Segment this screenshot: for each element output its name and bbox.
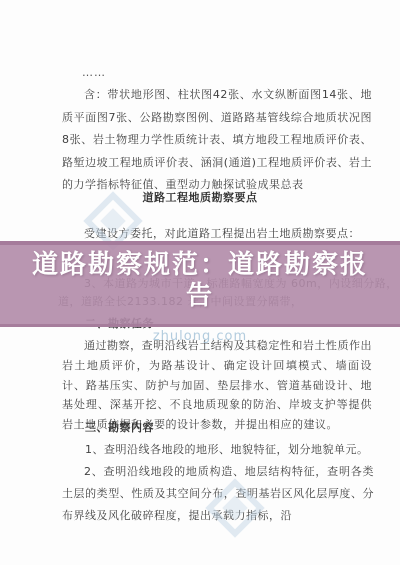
content-heading: 三、勘察内容 — [85, 417, 154, 440]
survey-item-1: 1、查明沿线各地段的地形、地貌特征，划分地貌单元。 — [85, 439, 385, 462]
overlay-title: 道路勘察规范：道路勘察报告 — [0, 250, 400, 312]
title-overlay-banner: 道路勘察规范：道路勘察报告 — [0, 241, 400, 327]
document-page: …… 含：带状地形图、柱状图42张、水文纵断面图14张、地质平面图7张、公路勘察… — [0, 0, 400, 565]
logo-watermark-inner — [222, 495, 247, 520]
ellipsis-line: …… — [82, 62, 106, 85]
main-heading: 道路工程地质勘察要点 — [0, 187, 400, 210]
site-watermark-text: zhulong.com — [0, 329, 400, 344]
logo-watermark-inner — [100, 208, 125, 233]
attachments-paragraph: 含：带状地形图、柱状图42张、水文纵断面图14张、地质平面图7张、公路勘察图例、… — [62, 84, 372, 197]
